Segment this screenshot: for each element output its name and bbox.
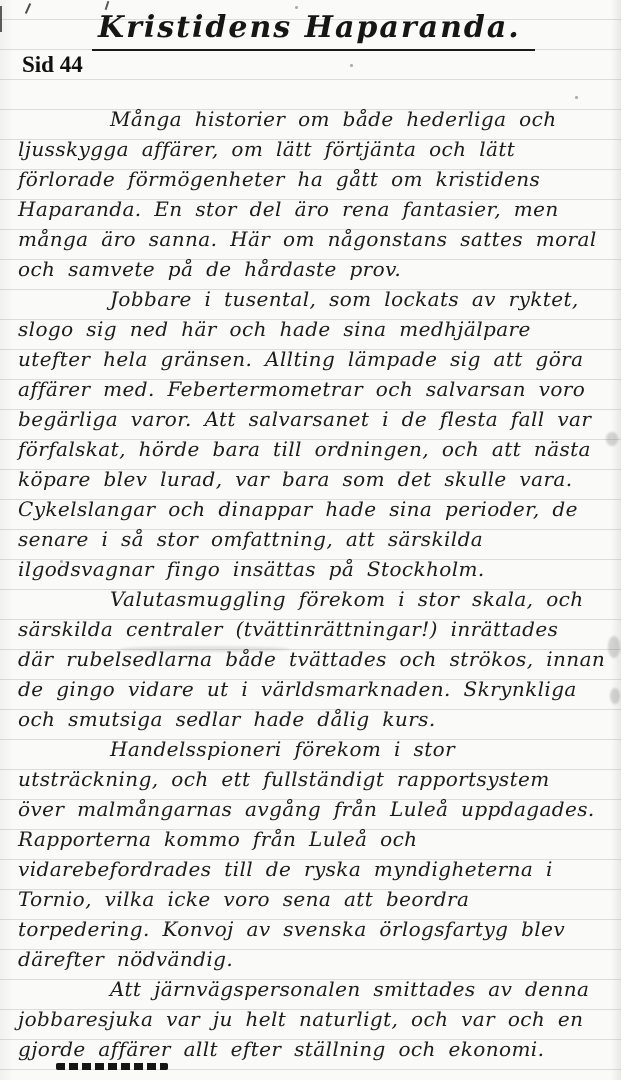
paragraph-4: Handelsspioneri förekom i stor utsträckn… <box>18 734 606 974</box>
scan-artifact-speck <box>575 96 578 99</box>
scan-artifact-bottom-mark <box>56 1063 168 1070</box>
document-body: Många historier om både hederliga och lj… <box>18 104 606 1064</box>
page-number-label: Sid 44 <box>22 52 83 78</box>
paragraph-2: Jobbare i tusental, som lockats av rykte… <box>18 284 606 584</box>
scanned-document-page: Kristidens Haparanda. Sid 44 Många histo… <box>0 0 621 1080</box>
scan-artifact-edge-line <box>0 6 2 32</box>
paragraph-3: Valutasmuggling förekom i stor skala, oc… <box>18 584 606 734</box>
scan-artifact-pen-tick <box>25 3 31 14</box>
scan-artifact-smudge <box>608 636 620 658</box>
scan-artifact-pen-tick <box>105 1 110 10</box>
paragraph-1: Många historier om både hederliga och lj… <box>18 104 606 284</box>
scan-artifact-speck <box>350 64 353 67</box>
document-title: Kristidens Haparanda. <box>92 10 535 51</box>
scan-artifact-speck <box>295 6 298 9</box>
scan-artifact-smudge <box>610 688 620 704</box>
scan-artifact-smudge <box>606 432 618 446</box>
paragraph-5: Att järnvägspersonalen smittades av denn… <box>18 974 606 1064</box>
